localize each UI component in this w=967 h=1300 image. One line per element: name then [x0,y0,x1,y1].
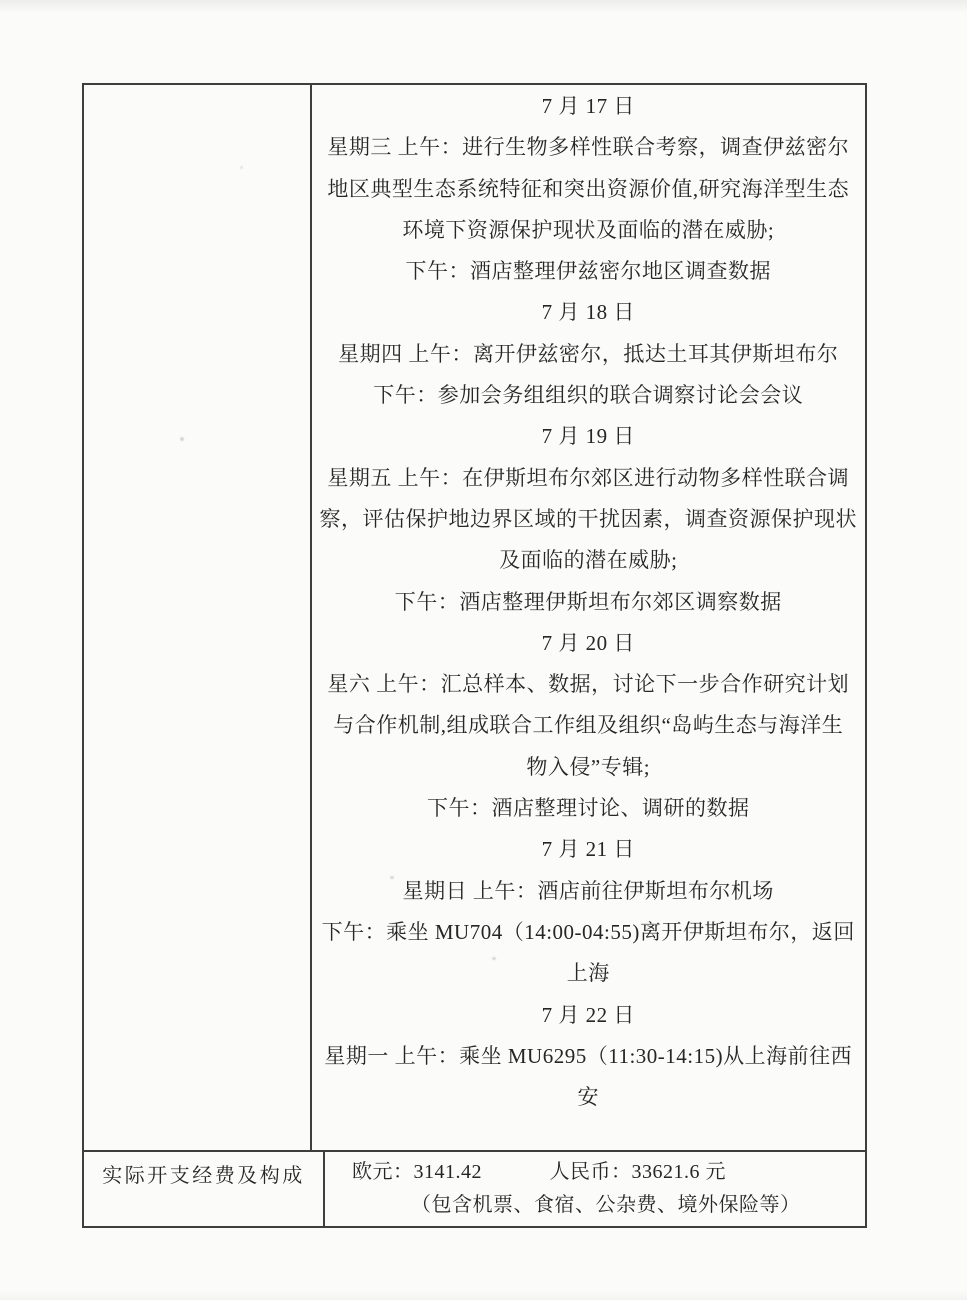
expense-amounts-line: 欧元：3141.42 人民币：33621.6 元 [325,1156,865,1189]
schedule-line: 星期四 上午：离开伊兹密尔，抵达土耳其伊斯坦布尔 [320,334,858,375]
schedule-line: 星期三 上午：进行生物多样性联合考察，调查伊兹密尔 [320,127,858,168]
itinerary-table: 7 月 17 日 星期三 上午：进行生物多样性联合考察，调查伊兹密尔 地区典型生… [82,83,867,1228]
schedule-line: 下午：乘坐 MU704（14:00-04:55)离开伊斯坦布尔，返回 [320,912,858,953]
schedule-line: 下午：酒店整理伊斯坦布尔郊区调察数据 [320,582,858,623]
euro-amount: 欧元：3141.42 [352,1161,482,1183]
schedule-date-line: 7 月 18 日 [320,292,858,333]
schedule-line: 环境下资源保护现状及面临的潜在威胁; [320,210,858,251]
schedule-line: 星期一 上午：乘坐 MU6295（11:30-14:15)从上海前往西 [320,1036,858,1077]
schedule-date-line: 7 月 21 日 [320,829,858,870]
expense-row: 实际开支经费及构成 欧元：3141.42 人民币：33621.6 元 （包含机票… [84,1150,865,1226]
schedule-line: 下午：酒店整理讨论、调研的数据 [320,788,858,829]
schedule-line: 与合作机制,组成联合工作组及组织“岛屿生态与海洋生 [320,705,858,746]
itinerary-left-empty-cell [84,85,312,1150]
schedule-line: 星期五 上午：在伊斯坦布尔郊区进行动物多样性联合调 [320,458,858,499]
rmb-amount: 人民币：33621.6 元 [550,1161,727,1183]
itinerary-row: 7 月 17 日 星期三 上午：进行生物多样性联合考察，调查伊兹密尔 地区典型生… [84,85,865,1150]
scanned-document-page: 7 月 17 日 星期三 上午：进行生物多样性联合考察，调查伊兹密尔 地区典型生… [0,0,967,1300]
expense-label: 实际开支经费及构成 [102,1165,305,1187]
itinerary-schedule-cell: 7 月 17 日 星期三 上午：进行生物多样性联合考察，调查伊兹密尔 地区典型生… [312,85,866,1150]
schedule-date-line: 7 月 19 日 [320,416,858,457]
schedule-date-line: 7 月 20 日 [320,623,858,664]
schedule-line: 星六 上午：汇总样本、数据，讨论下一步合作研究计划 [320,664,858,705]
schedule-line: 察，评估保护地边界区域的干扰因素，调查资源保护现状 [320,499,858,540]
expense-note: （包含机票、食宿、公杂费、境外保险等） [325,1189,865,1222]
schedule-line: 物入侵”专辑; [320,747,858,788]
schedule-line: 及面临的潜在威胁; [320,540,858,581]
schedule-line: 下午：参加会务组组织的联合调察讨论会会议 [320,375,858,416]
schedule-line: 上海 [320,953,858,994]
schedule-line: 安 [320,1077,858,1118]
schedule-line: 星期日 上午：酒店前往伊斯坦布尔机场 [320,871,858,912]
schedule-date-line: 7 月 22 日 [320,995,858,1036]
schedule-date-line: 7 月 17 日 [320,86,858,127]
expense-label-cell: 实际开支经费及构成 [84,1152,325,1226]
schedule-line: 地区典型生态系统特征和突出资源价值,研究海洋型生态 [320,169,858,210]
schedule-line: 下午：酒店整理伊兹密尔地区调查数据 [320,251,858,292]
expense-detail-cell: 欧元：3141.42 人民币：33621.6 元 （包含机票、食宿、公杂费、境外… [325,1152,865,1226]
